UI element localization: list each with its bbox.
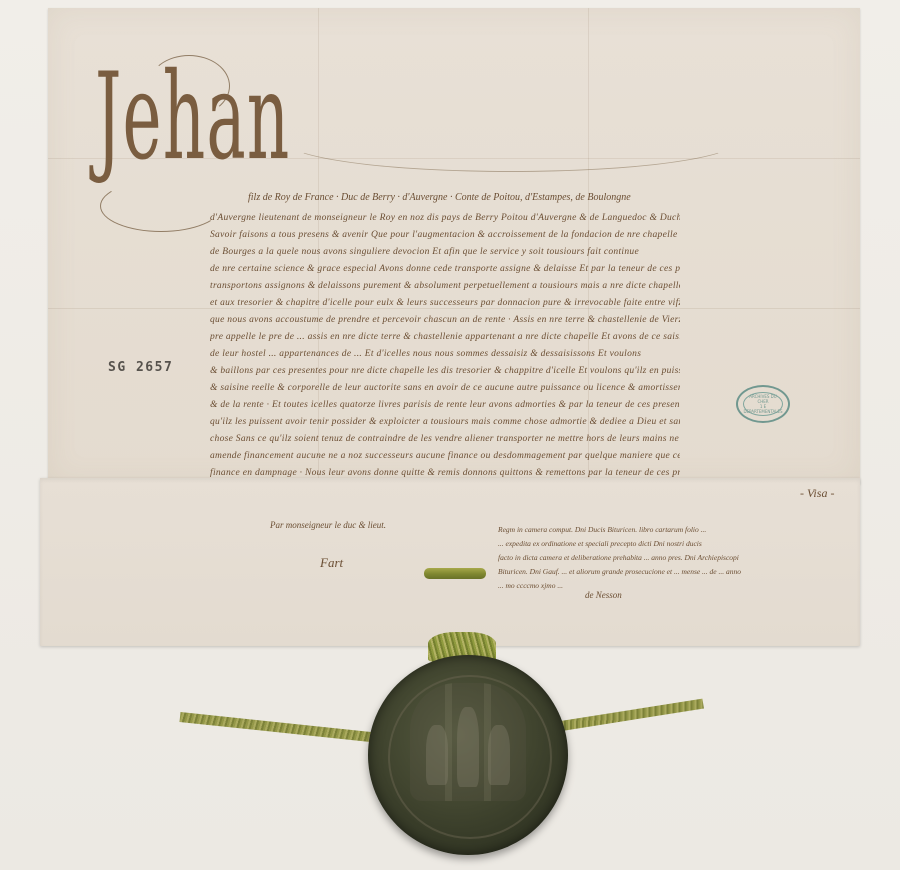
text-line: pre appelle le pre de ... assis en nre d… [210, 329, 680, 346]
calligraphic-initial: Jehan [95, 58, 290, 178]
text-line: Bituricen. Dni Gauf. ... et aliorum gran… [498, 565, 828, 579]
pendant-seal [368, 655, 568, 855]
seal-figure-icon [457, 707, 479, 787]
text-line: de Bourges a la quele nous avons singuli… [210, 244, 680, 261]
visa-mark: - Visa - [800, 486, 834, 501]
text-line: de nre certaine science & grace especial… [210, 261, 680, 278]
charter-text: d'Auvergne lieutenant de monseigneur le … [210, 210, 680, 480]
seal-figure-icon [488, 725, 510, 785]
text-line: facto in dicta camera et deliberatione p… [498, 551, 828, 565]
flourish-icon [285, 110, 737, 172]
text-line: & baillons par ces presentes pour nre di… [210, 363, 680, 380]
flourish-icon [100, 180, 222, 232]
text-line: & saisine reelle & corporelle de leur au… [210, 380, 680, 397]
text-line: transportons assignons & delaissons pure… [210, 278, 680, 295]
charter-heading-line: filz de Roy de France · Duc de Berry · d… [248, 192, 631, 203]
stamp-text: DEPARTEMENTALES [743, 409, 782, 414]
plica-note: Par monseigneur le duc & lieut. [270, 520, 386, 530]
text-line: ... expedita ex ordinatione et speciali … [498, 537, 828, 551]
text-line: chose Sans ce qu'ilz soient tenuz de con… [210, 431, 680, 448]
silk-cord-through-slit [424, 568, 486, 579]
text-line: Regm in camera comput. Dni Ducis Bituric… [498, 523, 828, 537]
stamp-ring: ARCHIVES DU CHER 1 E DEPARTEMENTALES [743, 392, 783, 416]
text-line: d'Auvergne lieutenant de monseigneur le … [210, 210, 680, 227]
registration-signature: de Nesson [585, 590, 622, 600]
text-line: amende financement aucune ne a noz succe… [210, 448, 680, 465]
text-line: que nous avons accoustume de prendre et … [210, 312, 680, 329]
text-line: ... mo ccccmo xjmo ... [498, 579, 828, 593]
secretary-signature: Fart [320, 555, 343, 571]
text-line: qu'ilz les puissent avoir tenir possider… [210, 414, 680, 431]
text-line: et aux tresorier & chapitre d'icelle pou… [210, 295, 680, 312]
archive-stamp: ARCHIVES DU CHER 1 E DEPARTEMENTALES [736, 385, 790, 423]
stamp-text: ARCHIVES DU CHER [743, 394, 782, 404]
text-line: de leur hostel ... appartenances de ... … [210, 346, 680, 363]
text-line: & de la rente · Et toutes icelles quator… [210, 397, 680, 414]
registration-note: Regm in camera comput. Dni Ducis Bituric… [498, 523, 828, 593]
text-line: Savoir faisons a tous presens & avenir Q… [210, 227, 680, 244]
seal-figure-icon [426, 725, 448, 785]
shelfmark: SG 2657 [108, 360, 173, 375]
